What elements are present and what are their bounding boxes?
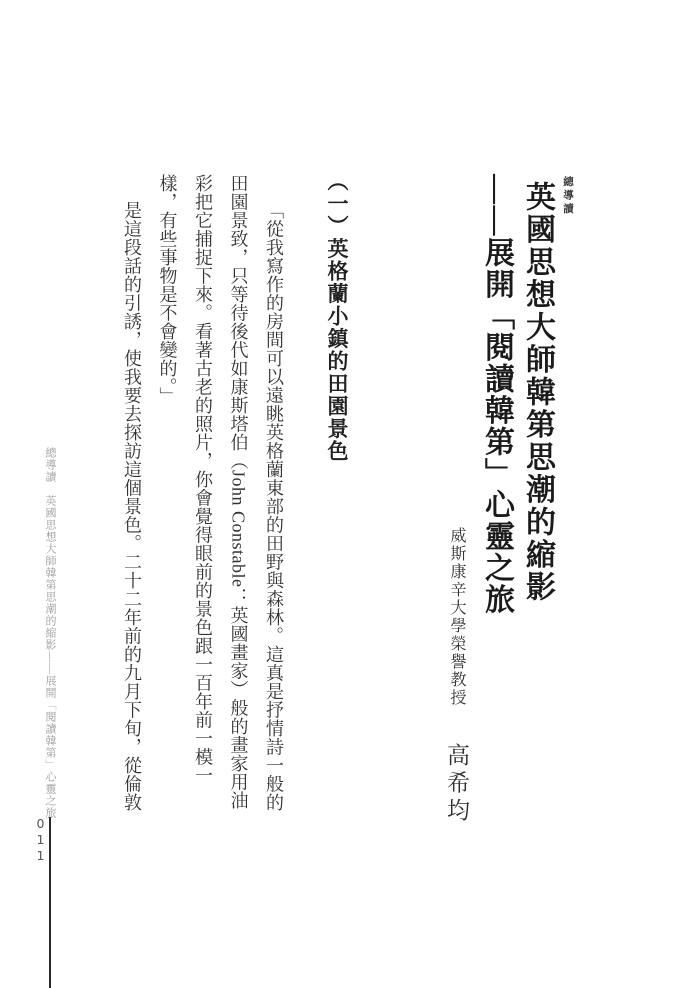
page-number: 011 [33,816,47,864]
author-name: 高希均 [444,707,469,826]
running-footer-title: 總導讀 英國思想大師韓第思潮的縮影——展開「閱讀韓第」心靈之旅 [42,447,57,819]
author-credit: 威斯康辛大學榮譽教授高希均 [441,527,471,857]
book-page: 總導讀 英國思想大師韓第思潮的縮影 ——展開「閱讀韓第」心靈之旅 威斯康辛大學榮… [0,0,687,988]
footer-rule-line [49,817,51,988]
main-title: 英國思想大師韓第思潮的縮影 [520,181,555,604]
section-heading: （一）英格蘭小鎮的田園景色 [323,170,350,463]
subtitle: ——展開「閱讀韓第」心靈之旅 [479,174,513,615]
body-text-block: 「從我寫作的房間可以遠眺英格蘭東部的田野與森林。這真是抒情詩一般的田園景致，只等… [109,174,291,816]
author-affiliation: 威斯康辛大學榮譽教授 [448,527,465,707]
quote-paragraph: 「從我寫作的房間可以遠眺英格蘭東部的田野與森林。這真是抒情詩一般的田園景致，只等… [149,174,291,816]
kicker-label: 總導讀 [561,176,574,217]
body-paragraph: 是這段話的引誘，使我要去探訪這個景色。二十二年前的九月下旬，從倫敦 [114,174,150,816]
